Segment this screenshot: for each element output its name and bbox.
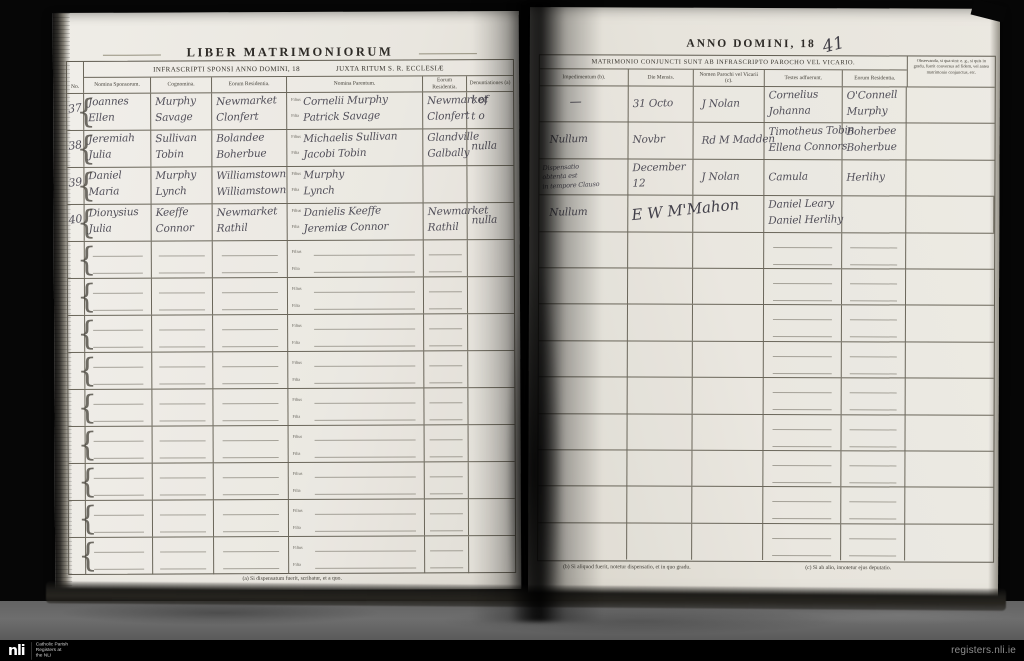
handwritten-entry: Boherbue (216, 147, 266, 161)
blank-underline (159, 255, 205, 256)
table-cell (213, 241, 288, 277)
blank-underline (849, 429, 897, 430)
table-cell (906, 124, 994, 160)
blank-underline (159, 366, 205, 367)
table-cell (842, 342, 906, 378)
blank-underline (314, 365, 415, 366)
left-footnote: (a) Si dispensatum fuerit, scribatur, et… (113, 574, 471, 582)
table-cell (628, 268, 693, 304)
table-cell (425, 536, 469, 573)
blank-underline (315, 530, 416, 531)
table-cell (424, 240, 468, 276)
nli-logo-mark: nli (8, 644, 25, 658)
table-cell: SullivanTobin (151, 130, 212, 166)
printed-filius-label: Filius (291, 135, 301, 139)
column-header: Eorum Residentia. (423, 76, 467, 91)
blank-underline (314, 308, 415, 309)
table-cell: NewmarketClonfert (423, 92, 467, 128)
blank-underline (773, 283, 832, 284)
handwritten-entry: Dispensatio (542, 162, 579, 172)
printed-filius-label: Filia (292, 304, 300, 308)
blank-underline (315, 439, 416, 440)
left-subtitle-post: JUXTA RITUM S. R. ECCLESIÆ (336, 64, 444, 72)
blank-underline (773, 501, 832, 502)
table-cell (539, 305, 628, 341)
table-cell (692, 487, 763, 523)
table-cell (764, 305, 842, 341)
blank-underline (223, 551, 279, 552)
right-subtitle: MATRIMONIO CONJUNCTI SUNT AB INFRASCRIPT… (540, 55, 907, 70)
blank-underline (93, 330, 143, 331)
table-cell (468, 240, 514, 276)
table-cell: MurphySavage (151, 93, 212, 129)
handwritten-entry: Johanna (769, 105, 811, 118)
table-cell (692, 414, 763, 450)
table-cell: Nullum (540, 123, 629, 159)
blank-underline (160, 420, 206, 421)
blank-underline (849, 482, 897, 483)
table-cell: — (540, 86, 629, 122)
table-cell: NewmarketRathil (213, 204, 288, 240)
table-cell (468, 277, 514, 313)
handwritten-entry: Williamstown (216, 168, 286, 182)
table-cell (628, 378, 693, 414)
printed-filius-label: Filia (291, 151, 299, 155)
column-header: Impedimentum (b). (540, 69, 629, 85)
table-cell: WilliamstownWilliamstown (212, 167, 287, 203)
row-brace: { (76, 131, 96, 167)
blank-underline (773, 465, 832, 466)
printed-filius-label: Filia (292, 267, 300, 271)
table-cell: FiliusFilia (289, 536, 425, 574)
table-cell: nulla (467, 129, 513, 165)
handwritten-entry: Herlihy (846, 171, 885, 184)
blank-underline (773, 264, 832, 265)
handwritten-entry: Newmarket (216, 205, 277, 219)
blank-underline (429, 365, 462, 366)
blank-underline (94, 569, 144, 570)
handwritten-entry: Keeffe (155, 206, 188, 219)
blank-underline (314, 254, 415, 255)
printed-filius-label: Filius (292, 209, 302, 213)
blank-underline (222, 383, 278, 384)
blank-underline (160, 440, 206, 441)
handwritten-entry: Lynch (155, 185, 186, 198)
table-cell: FiliusFilia (288, 314, 424, 351)
table-cell (627, 414, 692, 450)
left-page-title: LIBER MATRIMONIORUM (187, 45, 394, 61)
left-subtitle-pre: INFRASCRIPTI SPONSI ANNO DOMINI, 18 (153, 64, 300, 73)
blank-underline (223, 477, 279, 478)
table-cell (627, 450, 692, 486)
table-row (539, 305, 994, 343)
table-row: {FiliusFilia (68, 351, 514, 390)
table-row (539, 341, 994, 379)
blank-underline (772, 538, 831, 539)
printed-filius-label: Filia (291, 114, 299, 118)
handwritten-entry: O'Connell (847, 89, 898, 102)
blank-underline (93, 256, 143, 257)
table-cell (469, 536, 515, 573)
handwritten-entry: Sullivan (155, 132, 197, 145)
table-cell: Novbr (629, 123, 694, 159)
handwritten-entry: Murphy (155, 169, 196, 182)
table-cell: CorneliusJohanna (765, 87, 843, 123)
watermark-url: registers.nli.ie (951, 645, 1016, 656)
column-header: Testes adfuerunt. (765, 70, 843, 86)
marriage-banns-table: No.INFRASCRIPTI SPONSI ANNO DOMINI, 18JU… (66, 59, 516, 575)
table-row: {FiliusFilia (69, 425, 515, 464)
row-brace: { (77, 390, 97, 426)
handwritten-entry: Jeremiæ Connor (304, 220, 389, 235)
handwritten-entry: Boherbee (846, 125, 896, 138)
handwritten-entry: Savage (155, 111, 193, 124)
column-header-row: Nomina Sponsorum.Cognomina.Eorum Residen… (84, 76, 513, 93)
handwritten-entry: Bolandee (216, 131, 264, 144)
blank-underline (93, 293, 143, 294)
blank-underline (849, 555, 897, 556)
table-cell (467, 166, 513, 202)
row-brace: { (78, 501, 98, 537)
blank-underline (772, 518, 831, 519)
printed-filius-label: Filius (292, 250, 302, 254)
handwritten-entry: Camula (768, 170, 808, 183)
table-cell (538, 487, 627, 523)
nli-footer-bar: nli Catholic Parish Registers at the NLI… (0, 640, 1024, 661)
table-cell (214, 463, 289, 499)
printed-filius-label: Filius (291, 98, 301, 102)
table-cell: 31 Octo (629, 87, 694, 123)
nli-logo-caption: Catholic Parish Registers at the NLI (31, 642, 68, 659)
column-header: Cognomina. (151, 77, 212, 92)
handwritten-entry: Murphy (303, 168, 344, 181)
blank-underline (849, 502, 897, 503)
table-cell (692, 451, 763, 487)
blank-underline (93, 404, 143, 405)
table-cell (214, 426, 289, 462)
blank-underline (429, 308, 462, 309)
handwritten-entry: nulla (471, 140, 497, 153)
table-cell: Herlihy (842, 160, 906, 196)
table-row: {FiliusFilia (68, 314, 514, 353)
table-cell (692, 523, 763, 560)
blank-underline (850, 283, 898, 284)
table-row (539, 232, 994, 270)
footnote-c: (c) Si ab alio, innotetur ejus deputatio… (805, 564, 891, 571)
blank-underline (160, 551, 206, 552)
handwritten-entry: in tempore Clauso (542, 180, 599, 191)
row-brace: { (77, 316, 97, 352)
table-cell (627, 523, 692, 560)
printed-filius-label: Filius (292, 398, 302, 402)
table-cell (423, 166, 467, 202)
table-cell (153, 426, 214, 462)
header-right: INFRASCRIPTI SPONSI ANNO DOMINI, 18JUXTA… (84, 60, 513, 93)
blank-underline (160, 457, 206, 458)
printed-filius-label: Filius (292, 361, 302, 365)
handwritten-entry: Galbally (427, 147, 469, 160)
printed-filius-label: Filia (293, 563, 301, 567)
blank-underline (159, 329, 205, 330)
table-cell (906, 269, 994, 305)
blank-underline (315, 493, 416, 494)
table-cell (152, 352, 213, 388)
blank-underline (849, 320, 897, 321)
row-brace: { (77, 242, 97, 278)
printed-filius-label: Filius (293, 472, 303, 476)
title-rule-right (419, 53, 477, 54)
table-cell: Michaelis SullivanJacobi TobinFiliusFili… (287, 129, 423, 166)
table-cell (424, 277, 468, 313)
blank-underline (314, 328, 415, 329)
table-cell (763, 415, 841, 451)
handwritten-entry: Rathil (217, 222, 248, 235)
blank-underline (223, 514, 279, 515)
handwritten-entry: Williamstown (216, 184, 286, 198)
handwritten-entry: Connor (156, 222, 194, 235)
blank-underline (773, 336, 832, 337)
blank-underline (160, 531, 206, 532)
blank-underline (222, 403, 278, 404)
table-cell (538, 523, 627, 560)
blank-underline (160, 568, 206, 569)
blank-underline (850, 300, 898, 301)
blank-underline (93, 384, 143, 385)
table-cell (905, 524, 993, 561)
handwritten-entry: Cornelius (769, 89, 819, 102)
blank-underline (850, 264, 898, 265)
column-header: Eorum Residentia. (212, 77, 287, 92)
blank-underline (849, 538, 897, 539)
blank-underline (223, 531, 279, 532)
blank-underline (315, 419, 416, 420)
handwritten-entry: t o (471, 110, 485, 122)
handwritten-entry: December (632, 161, 685, 174)
table-cell (152, 389, 213, 425)
handwritten-entry: nulla (471, 214, 497, 227)
blank-underline (314, 345, 415, 346)
table-row (538, 414, 993, 452)
handwritten-entry: — (570, 94, 582, 108)
table-cell (152, 315, 213, 351)
table-cell: Camula (764, 160, 842, 196)
table-cell (842, 233, 906, 269)
blank-underline (773, 482, 832, 483)
handwritten-entry: Clonfert (427, 110, 470, 123)
table-cell (905, 415, 993, 451)
table-cell (424, 388, 468, 424)
table-cell (693, 232, 764, 268)
table-cell (213, 389, 288, 425)
row-brace: { (77, 205, 97, 241)
table-row (538, 523, 993, 561)
printed-filius-label: Filia (292, 378, 300, 382)
table-cell (906, 160, 994, 196)
printed-filius-label: Filia (293, 452, 301, 456)
blank-underline (94, 552, 144, 553)
blank-underline (315, 476, 416, 477)
table-cell: nulla (468, 203, 514, 239)
header-left: MATRIMONIO CONJUNCTI SUNT AB INFRASCRIPT… (540, 55, 907, 86)
table-cell: BoherbeeBoherbue (842, 124, 906, 160)
table-cell (628, 305, 693, 341)
handwritten-entry: 31 Octo (633, 97, 674, 110)
blank-underline (93, 310, 143, 311)
handwritten-entry: Daniel Herlihy (768, 213, 843, 227)
table-cell (468, 351, 514, 387)
blank-underline (223, 457, 279, 458)
row-brace: { (78, 427, 98, 463)
blank-underline (850, 247, 898, 248)
table-cell: December12 (628, 159, 693, 195)
blank-underline (429, 328, 462, 329)
table-row: {FiliusFilia (68, 388, 514, 427)
table-row (539, 268, 994, 306)
blank-underline (160, 494, 206, 495)
blank-underline (430, 456, 463, 457)
blank-underline (430, 402, 463, 403)
handwritten-entry: Novbr (632, 134, 664, 147)
table-cell: MurphyLynchFiliusFilia (287, 166, 423, 203)
left-subtitle-row: INFRASCRIPTI SPONSI ANNO DOMINI, 18JUXTA… (84, 60, 513, 78)
table-cell: GlandvilleGalbally (423, 129, 467, 165)
table-row: Dispensatioobtenta estin tempore ClausoD… (539, 159, 994, 197)
table-cell (469, 425, 515, 461)
table-cell (152, 278, 213, 314)
table-cell (425, 499, 469, 535)
table-cell (213, 278, 288, 314)
table-cell: J Nolan (694, 87, 765, 123)
table-cell (538, 414, 627, 450)
register-right-page: ANNO DOMINI, 18 41 MATRIMONIO CONJUNCTI … (528, 7, 1000, 597)
blank-underline (430, 439, 463, 440)
right-page-title: ANNO DOMINI, 18 (686, 38, 815, 50)
title-rule-left (103, 55, 161, 56)
handwritten-entry: 12 (632, 177, 645, 189)
right-title-row: ANNO DOMINI, 18 41 (530, 31, 1000, 53)
blank-underline (160, 477, 206, 478)
table-cell (538, 450, 627, 486)
observanda-header-text: Observanda, si qua sint: e. g., si quis … (911, 59, 992, 76)
blank-underline (159, 346, 205, 347)
table-cell (764, 342, 842, 378)
blank-underline (315, 456, 416, 457)
table-cell (841, 451, 905, 487)
table-cell (628, 341, 693, 377)
blank-underline (772, 555, 831, 556)
table-cell (424, 314, 468, 350)
blank-underline (430, 493, 463, 494)
blank-underline (222, 292, 278, 293)
table-cell (842, 378, 906, 414)
table-cell (425, 425, 469, 461)
blank-underline (93, 347, 143, 348)
blank-underline (430, 513, 463, 514)
blank-underline (94, 478, 144, 479)
table-cell (214, 500, 289, 536)
table-row: NullumDaniel LearyDaniel HerlihyE W M'Ma… (539, 195, 994, 233)
handwritten-entry: Nullum (549, 206, 587, 219)
printed-filius-label: Filia (292, 341, 300, 345)
table-cell (469, 462, 515, 498)
column-header-row: Impedimentum (b).Die Mensis.Nomen Paroch… (540, 69, 907, 86)
blank-underline (314, 291, 415, 292)
row-brace: { (77, 353, 97, 389)
table-row: NullumNovbrRd M MaddenTimotheus TobinEll… (539, 123, 994, 161)
row-brace: { (77, 279, 97, 315)
blank-underline (430, 419, 463, 420)
column-header: Nomen Parochi vel Vicarii (c). (694, 70, 765, 86)
table-cell: Cornelii MurphyPatrick SavageFiliusFilia (287, 92, 423, 129)
printed-filius-label: Filia (292, 188, 300, 192)
table-row: —31 OctoJ NolanCorneliusJohannaO'Connell… (540, 86, 995, 124)
handwritten-year: 41 (820, 33, 846, 58)
table-cell (906, 379, 994, 415)
blank-underline (773, 247, 832, 248)
table-cell: FiliusFilia (288, 240, 424, 277)
blank-underline (159, 292, 205, 293)
row-brace: { (76, 168, 96, 204)
table-cell (841, 524, 905, 561)
printed-filius-label: Filia (293, 526, 301, 530)
blank-underline (849, 373, 897, 374)
table-row: {FiliusFilia (69, 536, 515, 575)
handwritten-entry: Murphy (847, 105, 888, 118)
blank-underline (160, 403, 206, 404)
table-cell (905, 488, 993, 524)
table-cell (842, 269, 906, 305)
table-cell: BolandeeBoherbue (212, 130, 287, 166)
blank-underline (94, 458, 144, 459)
table-cell (693, 341, 764, 377)
blank-underline (94, 495, 144, 496)
table-cell (213, 315, 288, 351)
blank-underline (160, 383, 206, 384)
blank-underline (93, 273, 143, 274)
table-cell: MurphyLynch (151, 167, 212, 203)
table-cell (153, 500, 214, 536)
handwritten-entry: Murphy (155, 95, 196, 108)
table-row: {FiliusFilia (69, 462, 515, 501)
table-row: {38JeremiahJuliaSullivanTobinBolandeeBoh… (67, 129, 513, 168)
table-cell: FiliusFilia (289, 425, 425, 462)
blank-underline (430, 530, 463, 531)
blank-underline (314, 271, 415, 272)
blank-underline (222, 420, 278, 421)
handwritten-entry: Michaelis Sullivan (303, 130, 397, 145)
table-cell (152, 241, 213, 277)
blank-underline (223, 494, 279, 495)
table-cell (468, 388, 514, 424)
table-cell: NewmarketRathil (424, 203, 468, 239)
handwritten-entry: Timotheus Tobin (768, 125, 854, 139)
table-cell (693, 378, 764, 414)
blank-underline (314, 382, 415, 383)
blank-underline (773, 373, 832, 374)
handwritten-entry: Boherbue (846, 141, 896, 154)
blank-underline (160, 514, 206, 515)
handwritten-entry: Newmarket (216, 94, 277, 108)
table-cell (539, 377, 628, 413)
blank-underline (773, 300, 832, 301)
table-cell (763, 524, 841, 561)
blank-underline (429, 254, 462, 255)
table-cell: Nullum (539, 195, 628, 231)
printed-filius-label: Filius (292, 324, 302, 328)
table-row (539, 377, 994, 415)
table-cell (213, 352, 288, 388)
blank-underline (849, 465, 897, 466)
